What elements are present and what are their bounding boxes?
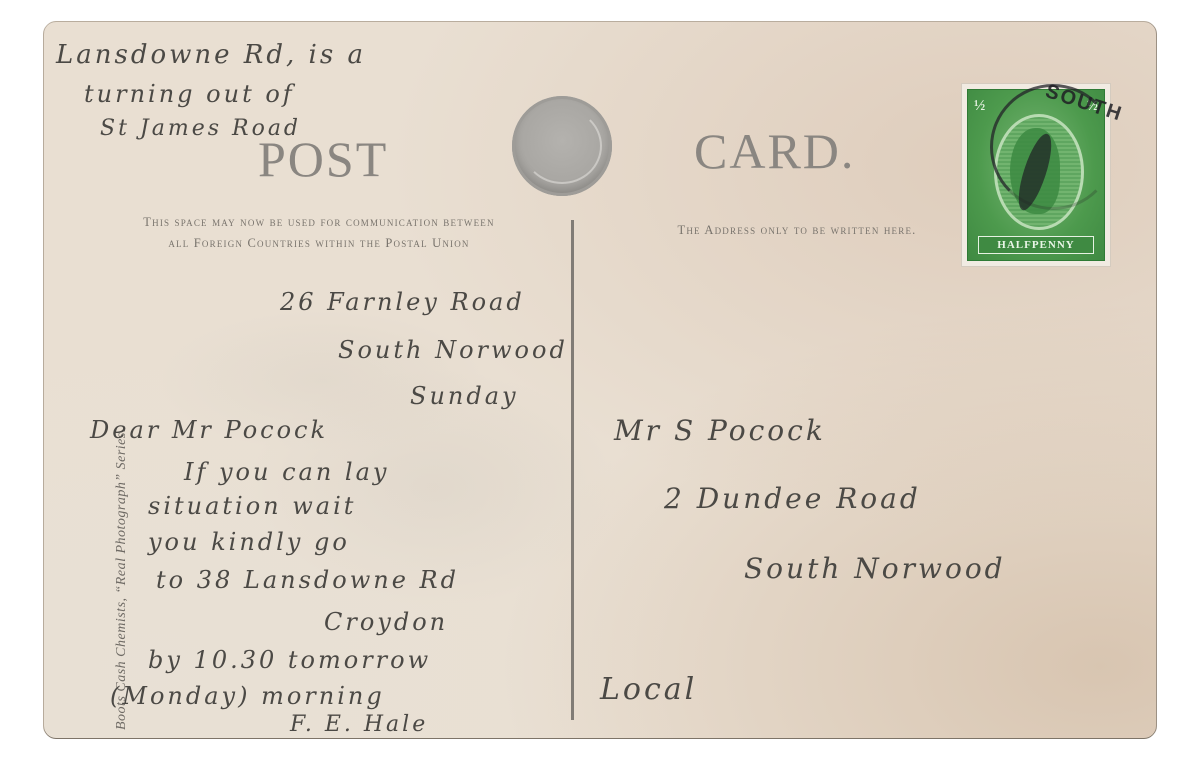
message-line-4: to 38 Lansdowne Rd	[156, 566, 459, 594]
delivery-note: Local	[600, 672, 697, 707]
message-line-3: you kindly go	[148, 528, 350, 556]
sender-address-line-2: South Norwood	[338, 336, 568, 364]
message-line-2: situation wait	[148, 492, 356, 520]
recipient-town: South Norwood	[744, 552, 1006, 585]
recipient-street: 2 Dundee Road	[664, 482, 921, 515]
center-divider	[571, 220, 574, 720]
postcard-back: Lansdowne Rd, is a turning out of St Jam…	[44, 22, 1156, 738]
sender-date: Sunday	[410, 382, 519, 410]
sender-address-line-1: 26 Farnley Road	[280, 288, 525, 316]
recipient-name: Mr S Pocock	[614, 414, 826, 447]
card-heading: CARD.	[694, 126, 855, 176]
message-line-7: (Monday) morning	[110, 682, 385, 710]
message-line-6: by 10.30 tomorrow	[148, 646, 431, 674]
message-signature: F. E. Hale	[290, 712, 428, 737]
embossed-seal-icon	[512, 96, 612, 196]
stamp-value-label: HALFPENNY	[978, 236, 1094, 254]
top-note-line-2: turning out of	[84, 80, 295, 108]
publisher-credit: Boots Cash Chemists, “Real Photograph” S…	[114, 210, 130, 730]
message-line-5: Croydon	[324, 608, 448, 636]
message-greeting: Dear Mr Pocock	[90, 416, 328, 444]
stamp-fraction-left: ½	[974, 98, 985, 115]
message-line-1: If you can lay	[184, 458, 389, 486]
left-side-instruction: This space may now be used for communica…	[134, 212, 504, 254]
address-instruction: The Address only to be written here.	[672, 220, 922, 241]
top-note-line-1: Lansdowne Rd, is a	[56, 40, 366, 70]
post-heading: POST	[258, 134, 388, 184]
